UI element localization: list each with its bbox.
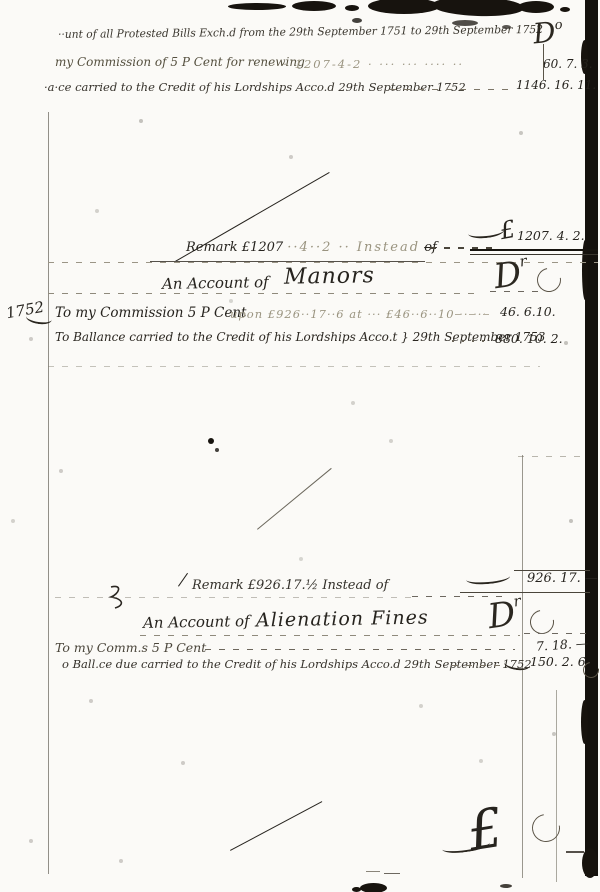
manuscript-page: ··unt of all Protested Bills Exch.d from…	[0, 0, 600, 892]
remark-mid: ··4··2 ·· Instead	[287, 240, 420, 255]
torn-edge-speck	[560, 7, 570, 12]
account-heading-title: Manors	[284, 263, 375, 290]
leader-dots	[452, 340, 492, 342]
remark-slash	[178, 573, 188, 587]
remark-line-manors: Remark £1207 ··4··2 ·· Instead of	[186, 240, 437, 255]
rule-under-heading	[490, 291, 545, 292]
torn-edge-blob	[292, 1, 336, 11]
alienation-row1-amount: 7. 18. —	[536, 635, 589, 654]
leader-dots	[455, 314, 495, 315]
torn-edge-blob	[345, 5, 359, 11]
manors-row1-text: To my Commission 5 P Cent	[55, 305, 246, 321]
amount-double-rule	[470, 254, 598, 255]
account-heading-title: Alienation Fines	[256, 606, 429, 631]
remark-line-alienation: Remark £926.17.½ Instead of	[192, 578, 388, 593]
ink-dot	[208, 438, 214, 444]
amount-column-rule-top	[543, 44, 544, 80]
leader-dots	[452, 665, 504, 666]
torn-edge-speck	[352, 18, 362, 23]
alienation-row1-text: To my Comm.s 5 P Cent	[55, 640, 206, 655]
amount-swash	[466, 570, 511, 586]
torn-edge-blob	[228, 3, 286, 10]
protested-bills-line: ··unt of all Protested Bills Exch.d from…	[58, 23, 543, 41]
account-heading-prefix: An Account of	[143, 612, 250, 632]
torn-edge-blob	[368, 0, 440, 14]
dr-r: r	[512, 592, 522, 611]
manors-row1-faded: upon £926··17··6 at ··· £46··6··10 ·· ··…	[230, 307, 487, 321]
ink-diagonal-stroke	[230, 801, 322, 851]
binding-band	[585, 0, 598, 876]
ditto-o: o	[554, 17, 563, 33]
rule-under-heading	[524, 633, 586, 634]
remark-prefix: Remark £1207	[186, 240, 283, 255]
manors-row1-amount: 46. 6.10.	[500, 304, 556, 319]
commission-amount: 60. 7. 3.	[543, 57, 593, 71]
remark-amount-manors: 1207. 4. 2.	[517, 228, 585, 243]
credit-amount: 1146. 16. 11.	[516, 78, 596, 92]
manors-row2-amount: 880. 10. 2.	[495, 331, 563, 346]
credit-line: ·a·ce carried to the Credit of his Lords…	[44, 80, 466, 94]
paper-speckles	[0, 0, 2, 2]
alienation-row2-text: o Ball.ce due carried to the Credit of h…	[62, 657, 532, 671]
bottom-edge-blob	[360, 883, 387, 892]
commission-line: my Commission of 5 P Cent for renewing	[55, 55, 305, 69]
ink-dot	[215, 448, 219, 452]
account-heading-prefix: An Account of	[162, 273, 269, 293]
rule-under-heading	[48, 293, 480, 294]
pound-flourish: £	[498, 215, 518, 245]
dr-mark-alienation: Dr	[485, 592, 525, 637]
bottom-dash	[366, 871, 380, 872]
money-column-rule	[556, 690, 557, 882]
remark-amount-alienation: 926. 17. —	[527, 571, 598, 586]
rule-under-remark	[55, 597, 411, 598]
right-dash	[566, 851, 584, 853]
margin-rule-left	[48, 112, 49, 874]
ditto-mark: Do	[531, 15, 565, 51]
amount-double-rule	[470, 249, 598, 251]
rule-under-remark-dark	[150, 261, 425, 262]
money-box-rule	[460, 592, 590, 593]
pound-flourish-loop	[527, 809, 566, 848]
binding-bump	[581, 700, 588, 744]
pound-flourish-large: £	[463, 796, 507, 864]
bottom-dash	[384, 873, 400, 874]
torn-edge-blob	[432, 0, 525, 18]
leader-dots	[205, 649, 515, 650]
ink-smudge	[500, 884, 512, 888]
leader-dots	[390, 89, 512, 90]
money-column-top-rule	[518, 456, 584, 457]
rule-under-heading	[140, 635, 520, 636]
torn-edge-blob	[518, 1, 554, 13]
binding-bottom-blob	[582, 848, 598, 878]
ink-diagonal-stroke	[257, 468, 332, 530]
commission-line-faded: · · 1207-4-2 · ··· ··· ···· ··	[272, 57, 464, 71]
alienation-row2-amount: 150. 2. 6	[530, 654, 586, 669]
bottom-edge-blob	[352, 887, 361, 892]
faint-rule	[48, 366, 540, 367]
